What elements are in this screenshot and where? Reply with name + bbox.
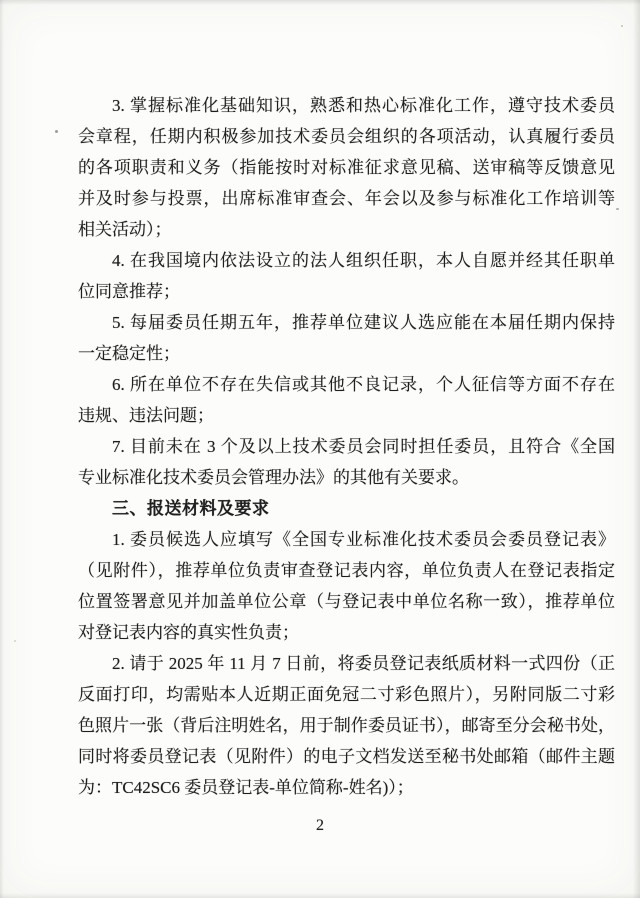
paragraph-item-7: 7. 目前未在 3 个及以上技术委员会同时担任委员，且符合《全国 专业标准化技术… [78, 431, 615, 493]
section-heading-text: 三、报送材料及要求 [78, 493, 615, 524]
paragraph-line: 5. 每届委员任期五年，推荐单位建议人选应能在本届任期内保持 [78, 307, 615, 338]
paragraph-line: 为：TC42SC6 委员登记表-单位简称-姓名)）； [78, 772, 615, 803]
scan-speck [621, 25, 623, 27]
scan-speck [616, 208, 619, 210]
paragraph-line: 位同意推荐； [78, 276, 615, 307]
paragraph-line: 4. 在我国境内依法设立的法人组织任职，本人自愿并经其任职单 [78, 245, 615, 276]
paragraph-item-5: 5. 每届委员任期五年，推荐单位建议人选应能在本届任期内保持 一定稳定性； [78, 307, 615, 369]
paragraph-line: 一定稳定性； [78, 338, 615, 369]
scan-edge-shadow [0, 893, 640, 898]
paragraph-line: 6. 所在单位不存在失信或其他不良记录，个人征信等方面不存在 [78, 369, 615, 400]
paragraph-line: 会章程，任期内积极参加技术委员会组织的各项活动，认真履行委员 [78, 121, 615, 152]
document-body: 3. 掌握标准化基础知识，熟悉和热心标准化工作，遵守技术委员 会章程，任期内积极… [78, 90, 615, 803]
paragraph-item-6: 6. 所在单位不存在失信或其他不良记录，个人征信等方面不存在 违规、违法问题； [78, 369, 615, 431]
paragraph-item-4: 4. 在我国境内依法设立的法人组织任职，本人自愿并经其任职单 位同意推荐； [78, 245, 615, 307]
scan-edge-shadow [0, 0, 4, 898]
paragraph-line: （见附件），推荐单位负责审查登记表内容，单位负责人在登记表指定 [78, 555, 615, 586]
paragraph-line: 2. 请于 2025 年 11 月 7 日前，将委员登记表纸质材料一式四份（正 [78, 648, 615, 679]
paragraph-item-3: 3. 掌握标准化基础知识，熟悉和热心标准化工作，遵守技术委员 会章程，任期内积极… [78, 90, 615, 245]
paragraph-item-2: 2. 请于 2025 年 11 月 7 日前，将委员登记表纸质材料一式四份（正 … [78, 648, 615, 803]
paragraph-line: 并及时参与投票，出席标准审查会、年会以及参与标准化工作培训等 [78, 183, 615, 214]
paragraph-line: 的各项职责和义务（指能按时对标准征求意见稿、送审稿等反馈意见 [78, 152, 615, 183]
paragraph-line: 对登记表内容的真实性负责； [78, 617, 615, 648]
scan-speck [14, 640, 16, 642]
paragraph-line: 相关活动）； [78, 214, 615, 245]
paragraph-line: 1. 委员候选人应填写《全国专业标准化技术委员会委员登记表》 [78, 524, 615, 555]
paragraph-line: 专业标准化技术委员会管理办法》的其他有关要求。 [78, 462, 615, 493]
scan-speck [55, 130, 58, 133]
scan-edge-shadow [0, 0, 640, 5]
scanned-document-page: 3. 掌握标准化基础知识，熟悉和热心标准化工作，遵守技术委员 会章程，任期内积极… [0, 0, 640, 898]
paragraph-item-1: 1. 委员候选人应填写《全国专业标准化技术委员会委员登记表》 （见附件），推荐单… [78, 524, 615, 648]
paragraph-line: 色照片一张（背后注明姓名，用于制作委员证书），邮寄至分会秘书处， [78, 710, 615, 741]
paragraph-line: 违规、违法问题； [78, 400, 615, 431]
page-number: 2 [0, 813, 640, 839]
paragraph-line: 反面打印，均需贴本人近期正面免冠二寸彩色照片），另附同版二寸彩 [78, 679, 615, 710]
scan-edge-shadow [633, 0, 640, 898]
paragraph-line: 7. 目前未在 3 个及以上技术委员会同时担任委员，且符合《全国 [78, 431, 615, 462]
section-heading: 三、报送材料及要求 [78, 493, 615, 524]
paragraph-line: 同时将委员登记表（见附件）的电子文档发送至秘书处邮箱（邮件主题 [78, 741, 615, 772]
paragraph-line: 位置签署意见并加盖单位公章（与登记表中单位名称一致），推荐单位 [78, 586, 615, 617]
paragraph-line: 3. 掌握标准化基础知识，熟悉和热心标准化工作，遵守技术委员 [78, 90, 615, 121]
